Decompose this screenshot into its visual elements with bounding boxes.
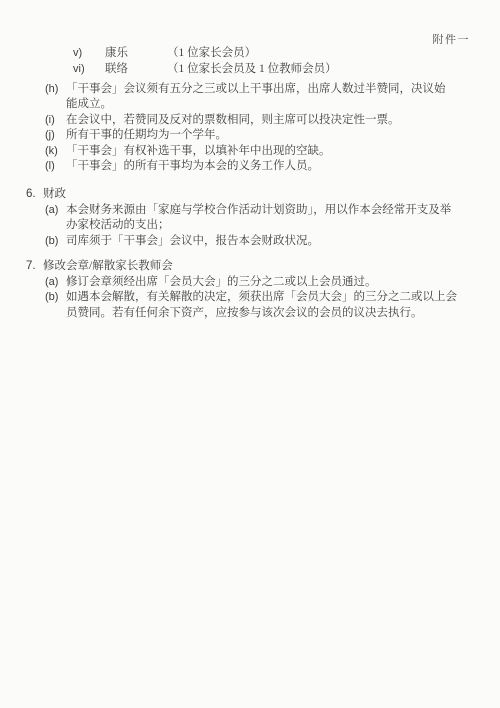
list-item-text: 「干事会」有权补选干事，以填补年中出现的空缺。 — [66, 144, 500, 160]
text-line: 所有干事的任期均为一个学年。 — [66, 128, 500, 144]
list-item-text: 修订会章须经出席「会员大会」的三分之二或以上会员通过。 — [66, 275, 500, 291]
list-item: (a) 本会财务来源由「家庭与学校合作活动计划资助」，用以作本会经常开支及举 办… — [0, 203, 500, 234]
section-heading: 6. 财政 — [0, 187, 500, 203]
roman-item-detail: （1 位家长会员） — [167, 46, 256, 62]
text-line: 在会议中，若赞同及反对的票数相同，则主席可以投决定性一票。 — [66, 113, 500, 129]
list-item-marker: (a) — [45, 275, 66, 291]
list-item-marker: (h) — [45, 82, 66, 113]
section-number: 7. — [26, 259, 43, 275]
roman-item-label: 联络 — [105, 62, 167, 78]
list-item-text: 在会议中，若赞同及反对的票数相同，则主席可以投决定性一票。 — [66, 113, 500, 129]
text-line: 能成立。 — [66, 97, 500, 113]
text-line: 「干事会」的所有干事均为本会的义务工作人员。 — [66, 159, 500, 175]
list-item-marker: (i) — [45, 113, 66, 129]
roman-item-marker: vi) — [73, 62, 105, 78]
list-item: (b) 司库须于「干事会」会议中，报告本会财政状况。 — [0, 234, 500, 250]
roman-list-item: v) 康乐 （1 位家长会员） — [73, 46, 500, 62]
list-item-text: 「干事会」会议须有五分之三或以上干事出席，出席人数过半赞同，决议始 能成立。 — [66, 82, 500, 113]
section-number: 6. — [26, 187, 43, 203]
text-line: 如遇本会解散，有关解散的决定，须获出席「会员大会」的三分之二或以上会 — [66, 290, 500, 306]
list-item-marker: (k) — [45, 144, 66, 160]
list-item-marker: (a) — [45, 203, 66, 234]
text-line: 「干事会」有权补选干事，以填补年中出现的空缺。 — [66, 144, 500, 160]
document-page: 附件一 v) 康乐 （1 位家长会员） vi) 联络 （1 位家长会员及 1 位… — [0, 0, 500, 708]
list-item-marker: (b) — [45, 234, 66, 250]
list-item: (k) 「干事会」有权补选干事，以填补年中出现的空缺。 — [0, 144, 500, 160]
text-line: 「干事会」会议须有五分之三或以上干事出席，出席人数过半赞同，决议始 — [66, 82, 500, 98]
roman-item-label: 康乐 — [105, 46, 167, 62]
section-title: 财政 — [43, 187, 66, 203]
section-heading: 7. 修改会章/解散家长教师会 — [0, 259, 500, 275]
lettered-item-group: (h) 「干事会」会议须有五分之三或以上干事出席，出席人数过半赞同，决议始 能成… — [0, 82, 500, 175]
list-item-text: 「干事会」的所有干事均为本会的义务工作人员。 — [66, 159, 500, 175]
roman-item-detail: （1 位家长会员及 1 位教师会员） — [167, 62, 337, 78]
list-item: (a) 修订会章须经出席「会员大会」的三分之二或以上会员通过。 — [0, 275, 500, 291]
list-item-text: 司库须于「干事会」会议中，报告本会财政状况。 — [66, 234, 500, 250]
list-item-marker: (l) — [45, 159, 66, 175]
list-item-marker: (j) — [45, 128, 66, 144]
list-item: (l) 「干事会」的所有干事均为本会的义务工作人员。 — [0, 159, 500, 175]
document-content: v) 康乐 （1 位家长会员） vi) 联络 （1 位家长会员及 1 位教师会员… — [0, 46, 500, 321]
section-finance: 6. 财政 (a) 本会财务来源由「家庭与学校合作活动计划资助」，用以作本会经常… — [0, 187, 500, 249]
list-item-marker: (b) — [45, 290, 66, 321]
list-item-text: 本会财务来源由「家庭与学校合作活动计划资助」，用以作本会经常开支及举 办家校活动… — [66, 203, 500, 234]
section-amendment-dissolution: 7. 修改会章/解散家长教师会 (a) 修订会章须经出席「会员大会」的三分之二或… — [0, 259, 500, 321]
text-line: 办家校活动的支出； — [66, 218, 500, 234]
text-line: 员赞同。若有任何余下资产，应按参与该次会议的会员的议决去执行。 — [66, 306, 500, 322]
text-line: 修订会章须经出席「会员大会」的三分之二或以上会员通过。 — [66, 275, 500, 291]
list-item: (j) 所有干事的任期均为一个学年。 — [0, 128, 500, 144]
list-item-text: 如遇本会解散，有关解散的决定，须获出席「会员大会」的三分之二或以上会 员赞同。若… — [66, 290, 500, 321]
list-item: (h) 「干事会」会议须有五分之三或以上干事出席，出席人数过半赞同，决议始 能成… — [0, 82, 500, 113]
list-item: (b) 如遇本会解散，有关解散的决定，须获出席「会员大会」的三分之二或以上会 员… — [0, 290, 500, 321]
roman-item-marker: v) — [73, 46, 105, 62]
roman-list-item: vi) 联络 （1 位家长会员及 1 位教师会员） — [73, 62, 500, 78]
text-line: 本会财务来源由「家庭与学校合作活动计划资助」，用以作本会经常开支及举 — [66, 203, 500, 219]
list-item: (i) 在会议中，若赞同及反对的票数相同，则主席可以投决定性一票。 — [0, 113, 500, 129]
section-title: 修改会章/解散家长教师会 — [43, 259, 173, 275]
list-item-text: 所有干事的任期均为一个学年。 — [66, 128, 500, 144]
text-line: 司库须于「干事会」会议中，报告本会财政状况。 — [66, 234, 500, 250]
